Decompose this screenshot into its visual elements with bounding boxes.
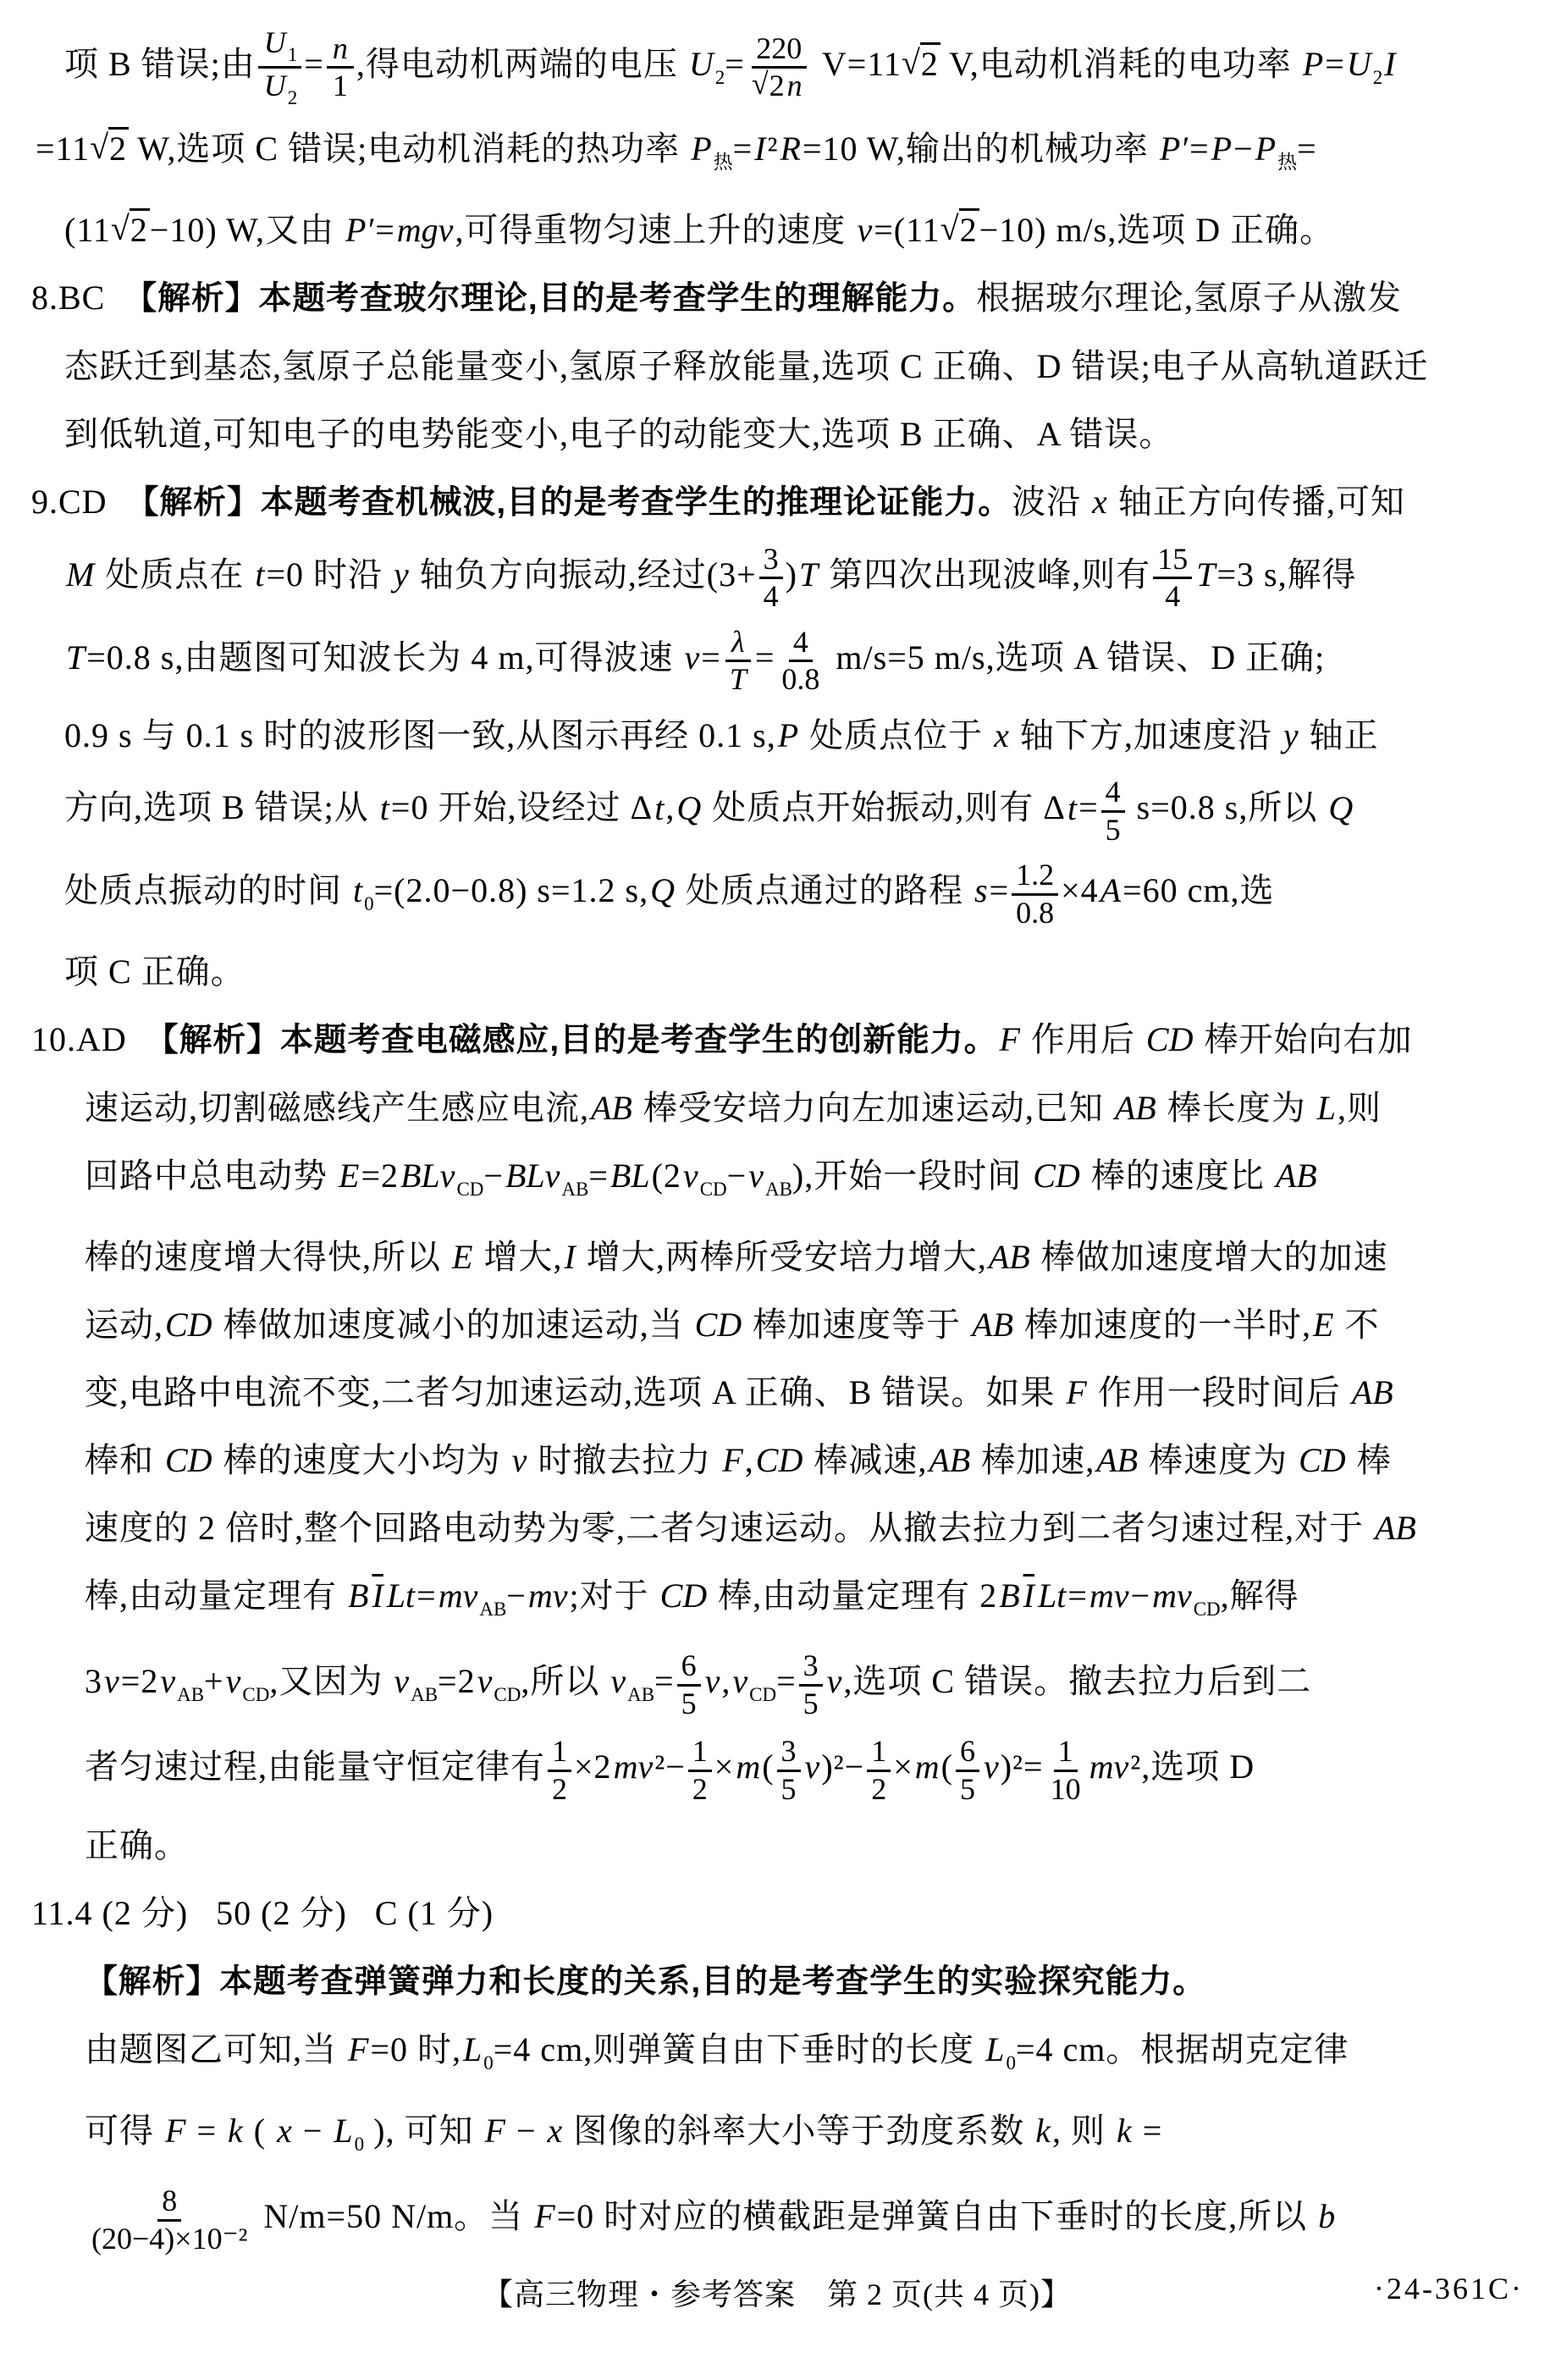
fraction: 154 — [1153, 542, 1192, 615]
denominator: (20−4)×10⁻² — [87, 2222, 251, 2256]
fraction: 35 — [777, 1734, 801, 1807]
numerator: 220 — [752, 31, 806, 69]
numerator: 1 — [867, 1734, 891, 1771]
text-run: =2 — [121, 1662, 159, 1700]
text-run: − — [506, 1577, 527, 1615]
text-run: 可得 — [85, 2112, 163, 2150]
math-variable: v — [102, 1662, 121, 1700]
math-variable: BL — [609, 1157, 652, 1195]
text-run: − — [727, 1157, 747, 1195]
subscript: AB — [561, 1179, 588, 1200]
text-run: 第四次出现波峰,则有 — [819, 555, 1150, 594]
math-variable: I — [1382, 45, 1397, 83]
denominator: √2n — [747, 69, 811, 103]
text-run: =(11 — [874, 211, 940, 249]
text-run: N/m=50 N/m。当 — [254, 2197, 532, 2235]
text-run: , 则 — [1052, 2112, 1115, 2150]
math-variable: L — [332, 2112, 354, 2150]
denominator: 5 — [799, 1687, 823, 1721]
math-variable: A — [1099, 871, 1122, 909]
text-run: 棒,由动量定理有 2 — [709, 1577, 997, 1615]
fraction: 35 — [799, 1648, 823, 1721]
text-run: 轴正方向传播,可知 — [1109, 483, 1405, 521]
math-variable: F — [532, 2197, 556, 2235]
text-run: , — [745, 1441, 754, 1479]
text-run: =11 — [36, 130, 90, 168]
text-run: m/s=5 m/s,选项 A 错误、D 正确; — [826, 638, 1325, 676]
math-variable: U — [262, 25, 288, 59]
numerator: 6 — [677, 1648, 701, 1686]
text-run: 处质点通过的路程 — [676, 871, 973, 909]
denominator: 2 — [688, 1772, 712, 1807]
math-variable: y — [392, 555, 411, 594]
text-run: =0.8 s,由题图可知波长为 4 m,可得波速 — [86, 638, 682, 676]
fraction: 12 — [548, 1734, 571, 1807]
math-variable: Q — [1327, 789, 1354, 827]
math-variable: P — [776, 716, 800, 754]
numerator: 3 — [799, 1648, 823, 1686]
text-run: = — [701, 638, 721, 676]
text-run: 棒受安培力向左加速运动,已知 — [634, 1089, 1113, 1127]
math-variable: n — [331, 31, 350, 65]
text-run: ,又因为 — [269, 1662, 392, 1700]
math-variable: P — [1210, 130, 1233, 168]
fraction: 12 — [688, 1734, 712, 1807]
text-run: =4 cm,则弹簧自由下垂时的长度 — [494, 2030, 984, 2068]
math-variable: s — [973, 871, 990, 909]
text-run: 棒加速度的一半时, — [1015, 1306, 1311, 1344]
text-line: 棒和 CD 棒的速度大小均为 v 时撤去拉力 F,CD 棒减速,AB 棒加速,A… — [0, 1427, 1561, 1494]
text-run: 项 C 正确。 — [64, 953, 245, 991]
math-variable: v — [476, 1662, 494, 1700]
text-run: 棒做加速度减小的加速运动,当 — [214, 1306, 693, 1344]
text-run: 棒 — [1348, 1441, 1392, 1479]
text-run: ,所以 — [521, 1662, 609, 1700]
subscript: CD — [494, 1684, 521, 1705]
subscript: CD — [456, 1179, 483, 1200]
text-run: 处质点开始振动,则有 Δ — [703, 789, 1066, 827]
fraction: λT — [724, 625, 753, 698]
math-variable: T — [797, 555, 819, 594]
text-run: = — [725, 45, 745, 83]
denominator: 0.8 — [777, 662, 824, 697]
text-line: 棒,由动量定理有 BILt=mvAB−mv;对于 CD 棒,由动量定理有 2BI… — [0, 1562, 1561, 1643]
denominator: 2 — [548, 1772, 571, 1807]
text-run: − — [294, 2112, 333, 2150]
math-variable: t — [351, 871, 364, 909]
text-run: 10.AD — [31, 1020, 146, 1058]
bold-heading-run: 【解析】本题考查电磁感应,目的是考查学生的创新能力。 — [146, 1022, 998, 1058]
text-run: ,得电动机两端的电压 — [356, 45, 687, 83]
text-line: 项 B 错误;由U1U2=n1,得电动机两端的电压 U2=220√2n V=11… — [0, 20, 1561, 115]
text-run: (2 — [652, 1157, 681, 1195]
math-variable: x — [546, 2112, 565, 2150]
text-run: =2 — [361, 1157, 399, 1195]
text-line: 速运动,切割磁感线产生感应电流,AB 棒受安培力向左加速运动,已知 AB 棒长度… — [0, 1074, 1561, 1142]
sqrt-expression: √2 — [940, 211, 979, 249]
text-run: 态跃迁到基态,氢原子总能量变小,氢原子释放能量,选项 C 正确、D 错误;电子从… — [64, 347, 1429, 385]
denominator: 4 — [1161, 579, 1184, 614]
text-line: M 处质点在 t=0 时沿 y 轴负方向振动,经过(3+34)T 第四次出现波峰… — [0, 537, 1561, 620]
numerator: 3 — [759, 542, 783, 579]
math-variable: v — [609, 1662, 627, 1700]
text-line: 11.4 (2 分) 50 (2 分) C (1 分) — [0, 1880, 1561, 1947]
text-run: = — [1067, 1577, 1088, 1615]
text-run: −10) W,又由 — [150, 211, 344, 249]
text-run: 棒和 — [85, 1441, 163, 1479]
text-run: , — [665, 789, 675, 827]
overbar-variable: I — [1022, 1577, 1036, 1615]
radicand: 2 — [108, 127, 129, 168]
text-line: 棒的速度增大得快,所以 E 增大,I 增大,两棒所受安培力增大,AB 棒做加速度… — [0, 1223, 1561, 1291]
text-run: 时撤去拉力 — [528, 1441, 720, 1479]
math-variable: CD — [1145, 1020, 1195, 1058]
math-variable: v — [855, 211, 874, 249]
text-run: 棒的速度比 — [1082, 1157, 1274, 1195]
math-variable: v — [681, 1157, 700, 1195]
text-line: 可得 F = k ( x − L0 ), 可知 F − x 图像的斜率大小等于劲… — [0, 2097, 1561, 2178]
text-run: 不 — [1335, 1306, 1379, 1344]
denominator: 5 — [777, 1772, 801, 1807]
radicand: 2 — [130, 208, 150, 249]
text-run: 轴负方向振动,经过(3+ — [411, 555, 757, 594]
math-variable: F — [163, 2112, 187, 2150]
math-variable: M — [64, 555, 96, 594]
math-variable: x — [1090, 483, 1109, 521]
math-variable: CD — [1031, 1157, 1082, 1195]
text-line: 10.AD 【解析】本题考查电磁感应,目的是考查学生的创新能力。F 作用后 CD… — [0, 1006, 1561, 1074]
math-variable: CD — [693, 1306, 744, 1344]
math-variable: v — [982, 1748, 1001, 1786]
sqrt-icon: √ — [902, 29, 920, 97]
denominator: 2 — [867, 1772, 891, 1807]
math-variable: P′ — [1158, 130, 1189, 168]
text-run: 者匀速过程,由能量守恒定律有 — [85, 1748, 545, 1786]
text-run: 棒做加速度增大的加速 — [1032, 1238, 1388, 1276]
text-run: 棒速度为 — [1139, 1441, 1297, 1479]
text-run: =0 时沿 — [266, 555, 392, 594]
text-run: 棒长度为 — [1158, 1089, 1316, 1127]
text-run: =0 时, — [370, 2030, 461, 2068]
math-variable: T — [728, 662, 748, 696]
subscript: CD — [242, 1684, 269, 1705]
text-line: 由题图乙可知,当 F=0 时,L0=4 cm,则弹簧自由下垂时的长度 L0=4 … — [0, 2016, 1561, 2097]
text-line: T=0.8 s,由题图可知波长为 4 m,可得波速 v=λT=40.8 m/s=… — [0, 620, 1561, 703]
text-run: = — [733, 130, 753, 168]
denominator: U2 — [258, 69, 302, 109]
text-run: = — [1134, 2112, 1163, 2150]
math-variable: U — [1345, 45, 1373, 83]
text-run: 0.9 s 与 0.1 s 时的波形图一致,从图示再经 0.1 s, — [64, 716, 776, 754]
numerator: 1.2 — [1012, 858, 1058, 895]
text-run: 处质点在 — [96, 555, 253, 594]
text-run: 正确。 — [85, 1826, 189, 1864]
subscript: AB — [411, 1684, 438, 1705]
math-variable: P — [1301, 45, 1325, 83]
math-variable: t — [653, 789, 665, 827]
math-variable: U — [262, 69, 288, 102]
math-variable: CD — [163, 1441, 214, 1479]
math-variable: BLv — [399, 1157, 456, 1195]
fraction: 220√2n — [747, 31, 811, 104]
text-run: =0 开始,设经过 Δ — [391, 789, 653, 827]
math-variable: F — [346, 2030, 370, 2068]
text-line: 变,电路中电流不变,二者匀加速运动,选项 A 正确、B 错误。如果 F 作用一段… — [0, 1359, 1561, 1427]
math-variable: k — [1034, 2112, 1052, 2150]
text-run: 棒加速, — [972, 1441, 1095, 1479]
math-variable: AB — [970, 1306, 1015, 1344]
fraction: 65 — [677, 1648, 701, 1721]
math-variable: mv — [1150, 1577, 1194, 1615]
denominator: 0.8 — [1012, 896, 1058, 930]
text-line: 回路中总电动势 E=2BLvCD−BLvAB=BL(2vCD−vAB),开始一段… — [0, 1142, 1561, 1223]
math-variable: I — [753, 130, 767, 168]
text-run: = — [755, 638, 775, 676]
math-variable: B — [346, 1577, 370, 1615]
math-variable: k — [226, 2112, 245, 2150]
text-line: 方向,选项 B 错误;从 t=0 开始,设经过 Δt,Q 处质点开始振动,则有 … — [0, 770, 1561, 853]
answers-content: 项 B 错误;由U1U2=n1,得电动机两端的电压 U2=220√2n V=11… — [0, 0, 1561, 2261]
math-variable: v — [747, 1157, 765, 1195]
text-run: 运动, — [85, 1306, 163, 1344]
math-variable: x — [992, 716, 1011, 754]
subscript: 0 — [364, 893, 374, 914]
sqrt-icon: √ — [111, 195, 130, 262]
text-line: 到低轨道,可知电子的电势能变小,电子的动能变大,选项 B 正确、A 错误。 — [0, 400, 1561, 468]
footer-paper-code: ·24-361C· — [1374, 2271, 1524, 2306]
sqrt-expression: √2 — [90, 130, 129, 168]
text-run: s=0.8 s,所以 — [1128, 789, 1327, 827]
math-variable: k — [1115, 2112, 1134, 2150]
text-run: ,可得重物匀速上升的速度 — [455, 211, 855, 249]
text-run: 棒开始向右加 — [1195, 1020, 1413, 1058]
text-run: = — [1189, 130, 1210, 168]
subscript: 0 — [1006, 2052, 1016, 2074]
text-run: =0 时对应的横截距是弹簧自由下垂时的长度,所以 — [557, 2197, 1317, 2235]
text-run: )²− — [821, 1748, 864, 1786]
text-run: = — [654, 1662, 675, 1700]
math-variable: CD — [163, 1306, 214, 1344]
text-run: 到低轨道,可知电子的电势能变小,电子的动能变大,选项 B 正确、A 错误。 — [64, 415, 1173, 453]
text-run: 3 — [85, 1662, 102, 1700]
numerator: 1 — [688, 1734, 712, 1771]
text-run: , — [721, 1662, 731, 1700]
text-line: 9.CD 【解析】本题考查机械波,目的是考查学生的推理论证能力。波沿 x 轴正方… — [0, 468, 1561, 537]
text-line: (11√2−10) W,又由 P′=mgv,可得重物匀速上升的速度 v=(11√… — [0, 196, 1561, 264]
numerator: 1 — [1054, 1734, 1078, 1771]
numerator: 4 — [789, 625, 813, 662]
radicand: 2 — [920, 42, 940, 83]
radicand: 2 — [959, 208, 979, 249]
math-variable: v — [683, 638, 702, 676]
text-run: 波沿 — [1012, 483, 1090, 521]
text-run: × — [714, 1748, 735, 1786]
subscript: AB — [479, 1599, 506, 1620]
text-run: = — [776, 1662, 797, 1700]
math-variable: v — [803, 1748, 822, 1786]
text-run: − — [507, 2112, 546, 2150]
denominator: 5 — [677, 1687, 701, 1721]
text-run: V=11 — [814, 45, 902, 83]
text-run: ×4 — [1061, 871, 1099, 909]
math-variable: E — [337, 1157, 361, 1195]
math-variable: BLv — [504, 1157, 561, 1195]
math-variable: mv — [612, 1748, 655, 1786]
text-run: 棒的速度增大得快,所以 — [85, 1238, 450, 1276]
subscript: AB — [177, 1684, 204, 1705]
math-variable: v — [825, 1662, 844, 1700]
text-run: − — [483, 1157, 504, 1195]
text-run: ,则 — [1338, 1089, 1382, 1127]
text-line: 运动,CD 棒做加速度减小的加速运动,当 CD 棒加速度等于 AB 棒加速度的一… — [0, 1291, 1561, 1359]
text-run: 轴下方,加速度沿 — [1011, 716, 1282, 754]
subscript: CD — [1194, 1599, 1221, 1620]
numerator: 15 — [1153, 542, 1192, 579]
text-line: 项 C 正确。 — [0, 938, 1561, 1006]
text-line: 8.BC 【解析】本题考查玻尔理论,目的是考查学生的理解能力。根据玻尔理论,氢原… — [0, 264, 1561, 333]
sqrt-icon: √ — [940, 195, 959, 262]
bold-heading-run: 【解析】本题考查弹簧弹力和长度的关系,目的是考查学生的实验探究能力。 — [85, 1963, 1206, 2000]
math-variable: F — [997, 1020, 1021, 1058]
math-variable: L — [461, 2030, 483, 2068]
math-variable: v — [392, 1662, 411, 1700]
text-line: 8(20−4)×10⁻² N/m=50 N/m。当 F=0 时对应的横截距是弹簧… — [0, 2178, 1561, 2261]
fraction: n1 — [327, 31, 354, 104]
math-variable: AB — [927, 1441, 972, 1479]
math-variable: v — [703, 1662, 722, 1700]
math-variable: E — [450, 1238, 474, 1276]
text-run: 作用后 — [1022, 1020, 1145, 1058]
math-variable: m — [734, 1748, 762, 1786]
text-run: ) — [786, 555, 797, 594]
math-variable: t — [378, 789, 391, 827]
math-variable: mv — [1088, 1748, 1131, 1786]
math-variable: t — [1066, 789, 1078, 827]
math-variable: v — [224, 1662, 243, 1700]
denominator: 5 — [1101, 813, 1125, 848]
fraction: 110 — [1046, 1734, 1085, 1807]
fraction: 12 — [867, 1734, 891, 1807]
text-run: V,电动机消耗的电功率 — [940, 45, 1301, 83]
numerator: 3 — [777, 1734, 801, 1771]
math-variable: CD — [659, 1577, 709, 1615]
math-variable: b — [1316, 2197, 1337, 2235]
subscript: AB — [765, 1179, 792, 1200]
text-run: 2 — [769, 69, 786, 102]
denominator: T — [724, 662, 753, 697]
text-run: 处质点振动的时间 — [64, 871, 351, 909]
math-variable: L — [1316, 1089, 1338, 1127]
denominator: 10 — [1046, 1772, 1085, 1807]
text-run: = — [375, 211, 395, 249]
text-run: 11.4 (2 分) 50 (2 分) C (1 分) — [31, 1894, 494, 1932]
fraction: 1.20.8 — [1012, 858, 1058, 930]
subscript: 热 — [1277, 152, 1297, 173]
math-variable: mgv — [395, 211, 455, 249]
text-run: ²− — [654, 1748, 686, 1786]
math-variable: t — [253, 555, 266, 594]
subscript: 2 — [288, 87, 298, 108]
text-run: 变,电路中电流不变,二者匀加速运动,选项 A 正确、B 错误。如果 — [85, 1373, 1064, 1411]
bold-heading-run: 【解析】本题考查机械波,目的是考查学生的推理论证能力。 — [126, 484, 1012, 521]
math-variable: L — [984, 2030, 1006, 2068]
text-run: 8.BC — [31, 279, 124, 317]
math-variable: Q — [675, 789, 703, 827]
math-variable: E — [1311, 1306, 1335, 1344]
text-run: 棒,由动量定理有 — [85, 1577, 346, 1615]
math-variable: mv — [527, 1577, 570, 1615]
text-run: ),开始一段时间 — [792, 1157, 1031, 1195]
math-variable: AB — [1095, 1441, 1139, 1479]
math-variable: AB — [589, 1089, 634, 1127]
text-run: 速度的 2 倍时,整个回路电动势为零,二者匀速运动。从撤去拉力到二者匀速过程,对… — [85, 1509, 1373, 1547]
math-variable: P — [689, 130, 713, 168]
fraction: U1U2 — [258, 25, 302, 110]
math-variable: AB — [1113, 1089, 1158, 1127]
numerator: 8 — [157, 2184, 181, 2221]
fraction: 40.8 — [777, 625, 824, 698]
sqrt-expression: √2n — [752, 69, 807, 102]
text-run: + — [204, 1662, 224, 1700]
numerator: λ — [725, 625, 751, 662]
numerator: U1 — [258, 25, 302, 69]
text-line: 速度的 2 倍时,整个回路电动势为零,二者匀速运动。从撤去拉力到二者匀速过程,对… — [0, 1494, 1561, 1562]
math-variable: AB — [987, 1238, 1032, 1276]
subscript: AB — [627, 1684, 654, 1705]
text-run: − — [1131, 1577, 1151, 1615]
text-run: −10) m/s,选项 D 正确。 — [979, 211, 1335, 249]
text-run: × — [893, 1748, 913, 1786]
sqrt-icon: √ — [90, 113, 108, 181]
text-run: = — [1078, 789, 1099, 827]
subscript: 0 — [483, 2052, 494, 2074]
math-variable: v — [158, 1662, 177, 1700]
text-run: = — [1325, 45, 1345, 83]
text-run: =4 cm。根据胡克定律 — [1016, 2030, 1349, 2068]
text-line: 【解析】本题考查弹簧弹力和长度的关系,目的是考查学生的实验探究能力。 — [0, 1947, 1561, 2016]
text-run: (11 — [64, 211, 111, 249]
math-variable: T — [1194, 555, 1216, 594]
sqrt-expression: √2 — [111, 211, 150, 249]
math-variable: B — [997, 1577, 1021, 1615]
text-run: =60 cm,选 — [1122, 871, 1274, 909]
fraction: 65 — [956, 1734, 979, 1807]
math-variable: U — [687, 45, 715, 83]
text-run: 速运动,切割磁感线产生感应电流, — [85, 1089, 589, 1127]
text-run: W,选项 C 错误;电动机消耗的热功率 — [129, 130, 689, 168]
subscript: 2 — [715, 67, 725, 88]
footer-page-info: 【高三物理・参考答案 第 2 页(共 4 页)】 — [483, 2271, 1072, 2314]
text-run: = — [588, 1157, 609, 1195]
subscript: 热 — [714, 152, 733, 173]
text-line: 者匀速过程,由能量守恒定律有12×2mv²−12×m(35v)²−12×m(65… — [0, 1729, 1561, 1812]
text-run: =10 W,输出的机械功率 — [803, 130, 1158, 168]
text-run: ( — [245, 2112, 275, 2150]
math-variable: mv — [1088, 1577, 1131, 1615]
denominator: 1 — [328, 69, 352, 103]
text-run: 由题图乙可知,当 — [85, 2030, 346, 2068]
math-variable: I — [562, 1238, 576, 1276]
math-variable: AB — [1373, 1509, 1418, 1547]
text-line: 0.9 s 与 0.1 s 时的波形图一致,从图示再经 0.1 s,P 处质点位… — [0, 702, 1561, 770]
text-run: ²,选项 D — [1130, 1748, 1255, 1786]
numerator: 6 — [956, 1734, 979, 1771]
text-run: 轴正 — [1300, 716, 1379, 754]
text-run: 项 B 错误;由 — [64, 45, 256, 83]
overbar-variable: I — [370, 1577, 384, 1615]
text-run: ×2 — [574, 1748, 612, 1786]
math-variable: F — [483, 2112, 507, 2150]
